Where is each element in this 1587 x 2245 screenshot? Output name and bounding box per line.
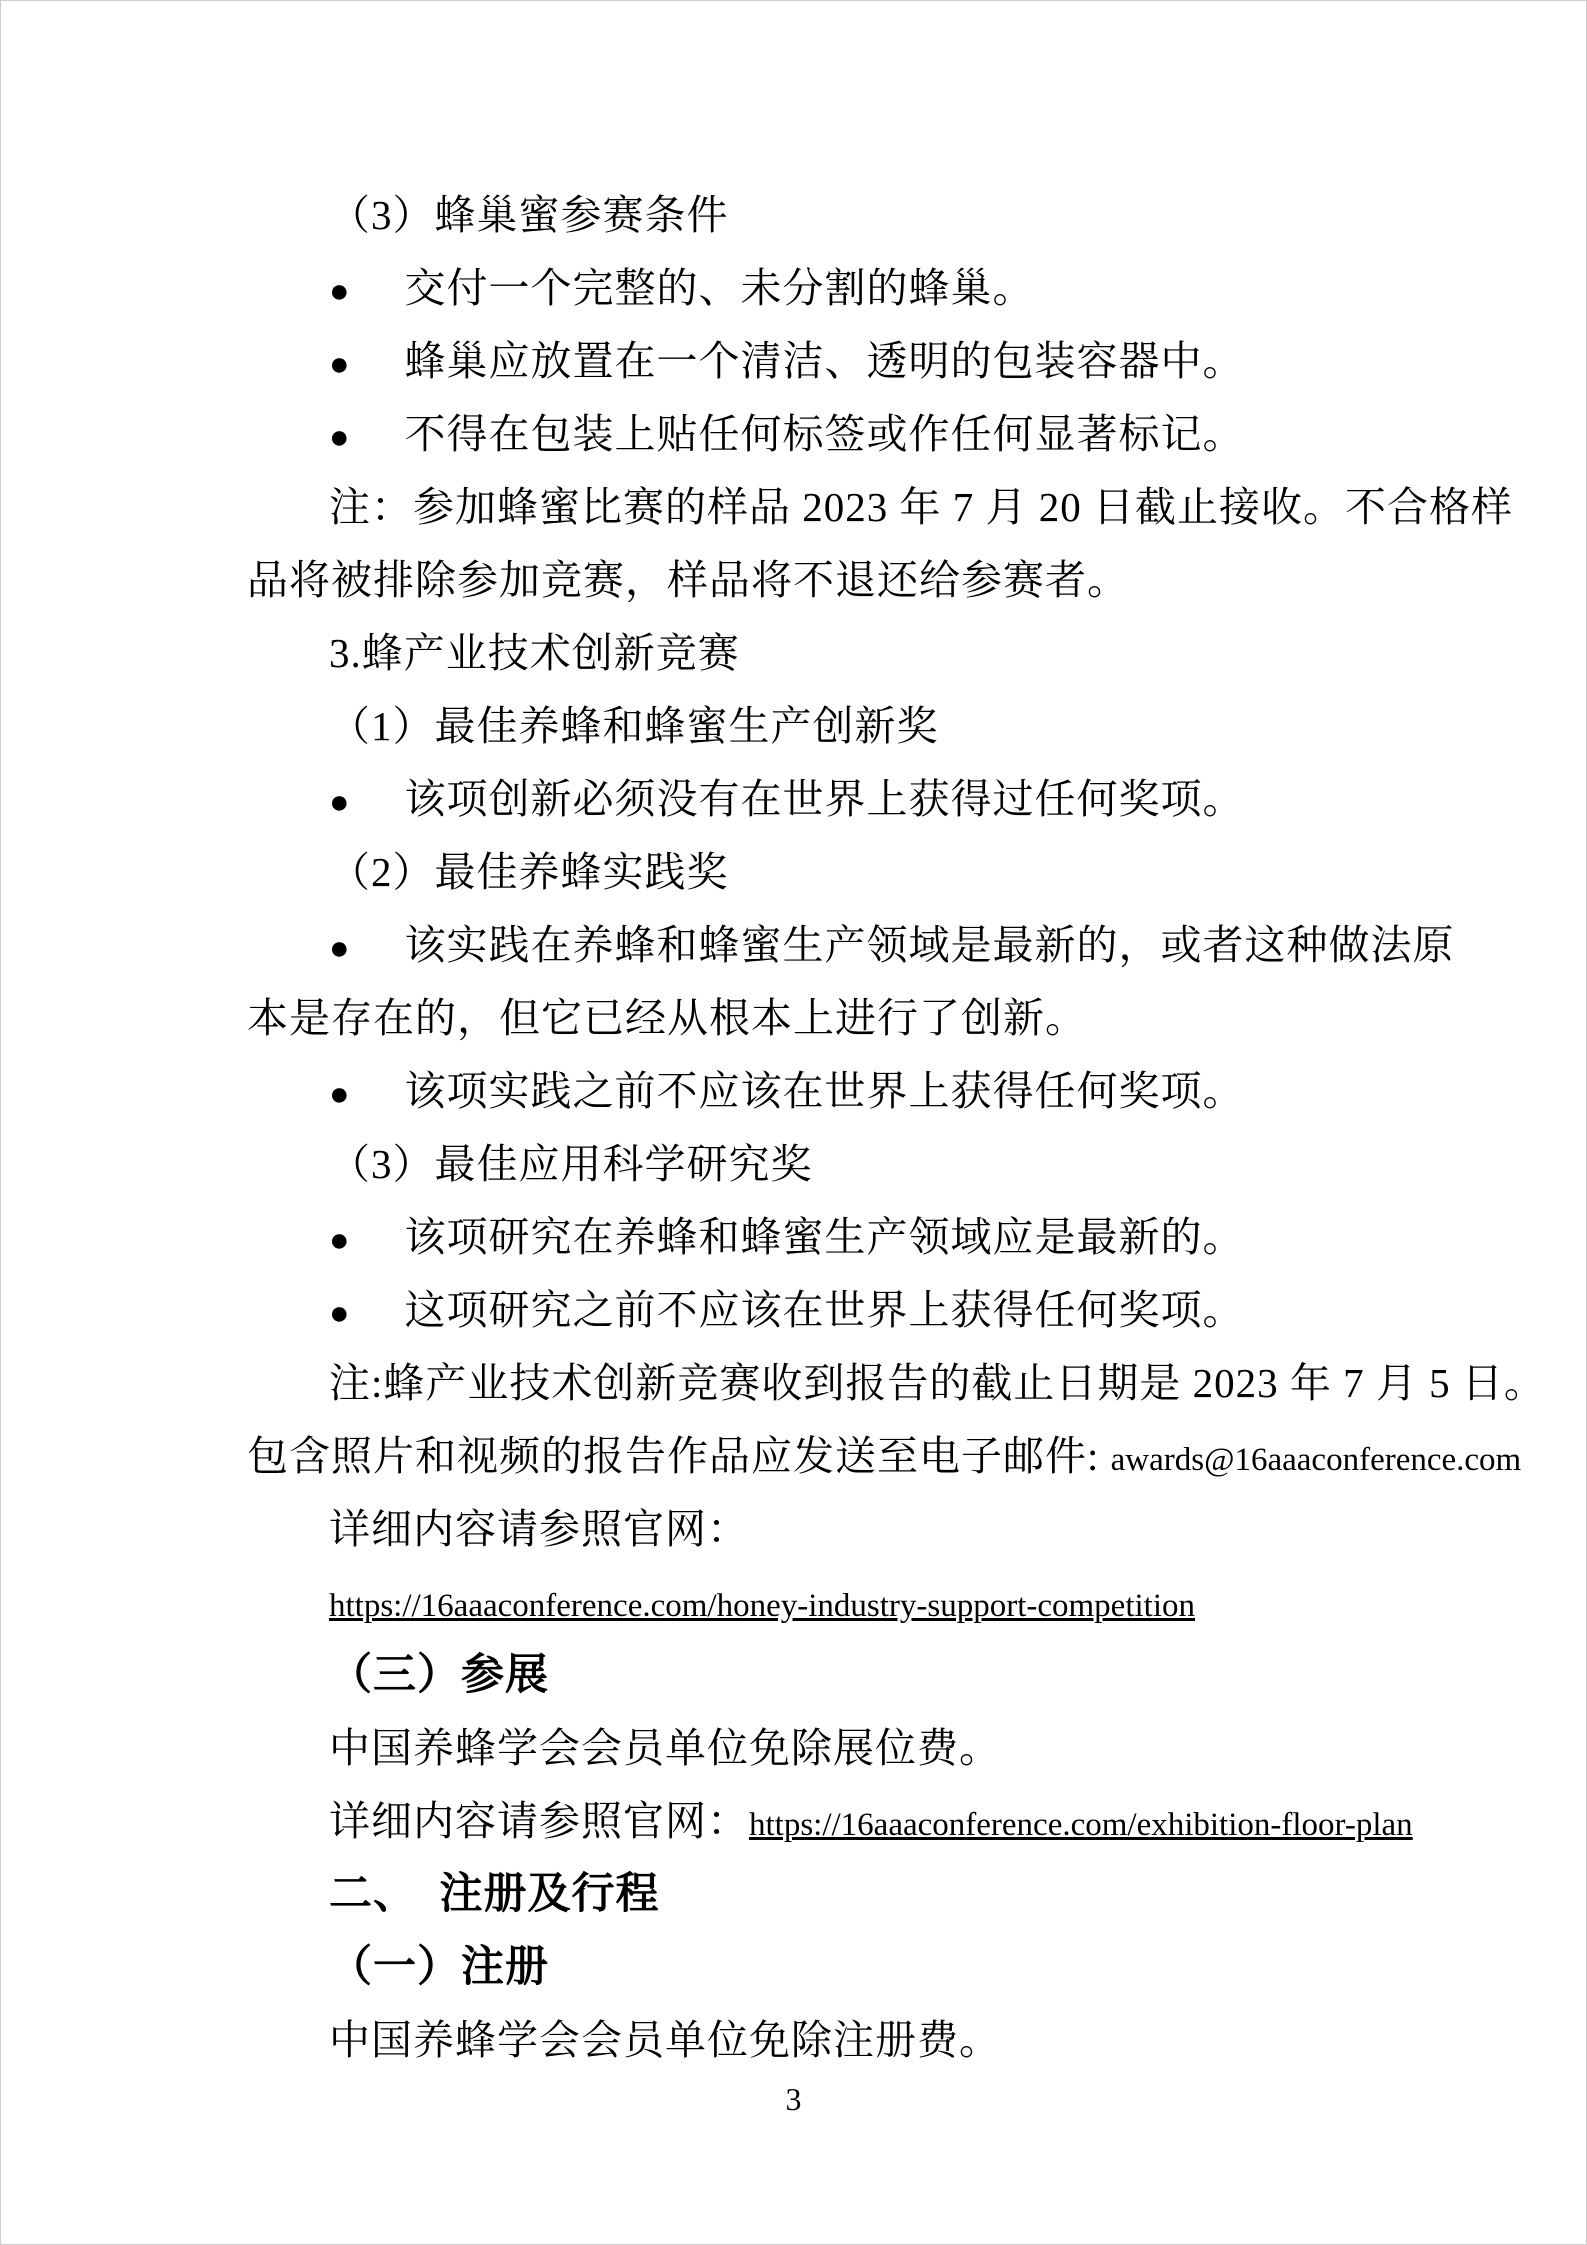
section-heading-exhibition: （三）参展 bbox=[247, 1639, 1407, 1712]
exhibition-fee-text: 中国养蜂学会会员单位免除展位费。 bbox=[247, 1712, 1407, 1785]
bullet-icon: ● bbox=[329, 912, 351, 985]
subheading-comb-honey-conditions: （3）蜂巢蜜参赛条件 bbox=[247, 179, 1407, 252]
bullet-item: ●该项实践之前不应该在世界上获得任何奖项。 bbox=[247, 1055, 1407, 1128]
document-body: （3）蜂巢蜜参赛条件 ●交付一个完整的、未分割的蜂巢。 ●蜂巢应放置在一个清洁、… bbox=[247, 179, 1407, 2077]
bullet-item-text: 该项实践之前不应该在世界上获得任何奖项。 bbox=[405, 1068, 1245, 1114]
bullet-icon: ● bbox=[329, 255, 351, 328]
subheading-best-innovation-award: （1）最佳养蜂和蜂蜜生产创新奖 bbox=[247, 690, 1407, 763]
bullet-icon: ● bbox=[329, 401, 351, 474]
bullet-item-text: 蜂巢应放置在一个清洁、透明的包装容器中。 bbox=[405, 338, 1245, 384]
bullet-item: ●不得在包装上贴任何标签或作任何显著标记。 bbox=[247, 398, 1407, 471]
bullet-item: ●该项创新必须没有在世界上获得过任何奖项。 bbox=[247, 763, 1407, 836]
bullet-item-continued: 本是存在的，但它已经从根本上进行了创新。 bbox=[247, 982, 1407, 1055]
subheading-tech-innovation-competition: 3.蜂产业技术创新竞赛 bbox=[247, 617, 1407, 690]
bullet-item-text: 这项研究之前不应该在世界上获得任何奖项。 bbox=[405, 1287, 1245, 1333]
note-report-email-text: 包含照片和视频的报告作品应发送至电子邮件: bbox=[247, 1433, 1111, 1479]
subheading-best-practice-award: （2）最佳养蜂实践奖 bbox=[247, 836, 1407, 909]
note-report-email-line: 包含照片和视频的报告作品应发送至电子邮件: awards@16aaaconfer… bbox=[247, 1420, 1407, 1493]
website-reference-line: 详细内容请参照官网：https://16aaaconference.com/ex… bbox=[247, 1785, 1407, 1858]
bullet-item: ●该项研究在养蜂和蜂蜜生产领域应是最新的。 bbox=[247, 1201, 1407, 1274]
bullet-item-text: 该实践在养蜂和蜂蜜生产领域是最新的，或者这种做法原 bbox=[405, 922, 1455, 968]
bullet-icon: ● bbox=[329, 1204, 351, 1277]
document-page: （3）蜂巢蜜参赛条件 ●交付一个完整的、未分割的蜂巢。 ●蜂巢应放置在一个清洁、… bbox=[0, 0, 1587, 2245]
website-reference-text: 详细内容请参照官网： bbox=[329, 1798, 749, 1844]
bullet-item: ●这项研究之前不应该在世界上获得任何奖项。 bbox=[247, 1274, 1407, 1347]
subsection-heading-registration: （一）注册 bbox=[247, 1931, 1407, 2004]
award-email: awards@16aaaconference.com bbox=[1111, 1442, 1522, 1478]
competition-url-link[interactable]: https://16aaaconference.com/honey-indust… bbox=[329, 1588, 1195, 1624]
exhibition-url-link[interactable]: https://16aaaconference.com/exhibition-f… bbox=[749, 1807, 1413, 1843]
bullet-icon: ● bbox=[329, 328, 351, 401]
registration-fee-text: 中国养蜂学会会员单位免除注册费。 bbox=[247, 2004, 1407, 2077]
competition-url-line: https://16aaaconference.com/honey-indust… bbox=[247, 1566, 1407, 1639]
bullet-item-text: 该项创新必须没有在世界上获得过任何奖项。 bbox=[405, 776, 1245, 822]
note-honey-samples-continued: 品将被排除参加竞赛，样品将不退还给参赛者。 bbox=[247, 544, 1407, 617]
note-honey-samples: 注：参加蜂蜜比赛的样品 2023 年 7 月 20 日截止接收。不合格样 bbox=[247, 471, 1407, 544]
note-report-deadline: 注:蜂产业技术创新竞赛收到报告的截止日期是 2023 年 7 月 5 日。 bbox=[247, 1347, 1407, 1420]
page-number: 3 bbox=[1, 2079, 1586, 2119]
bullet-icon: ● bbox=[329, 766, 351, 839]
bullet-item-text: 该项研究在养蜂和蜂蜜生产领域应是最新的。 bbox=[405, 1214, 1245, 1260]
website-reference-text: 详细内容请参照官网： bbox=[247, 1493, 1407, 1566]
bullet-item: ●该实践在养蜂和蜂蜜生产领域是最新的，或者这种做法原 bbox=[247, 909, 1407, 982]
bullet-icon: ● bbox=[329, 1058, 351, 1131]
bullet-icon: ● bbox=[329, 1277, 351, 1350]
bullet-item-text: 不得在包装上贴任何标签或作任何显著标记。 bbox=[405, 411, 1245, 457]
bullet-item: ●交付一个完整的、未分割的蜂巢。 bbox=[247, 252, 1407, 325]
bullet-item: ●蜂巢应放置在一个清洁、透明的包装容器中。 bbox=[247, 325, 1407, 398]
subheading-best-applied-science-award: （3）最佳应用科学研究奖 bbox=[247, 1128, 1407, 1201]
section-heading-registration-itinerary: 二、 注册及行程 bbox=[247, 1858, 1407, 1931]
bullet-item-text: 交付一个完整的、未分割的蜂巢。 bbox=[405, 265, 1035, 311]
